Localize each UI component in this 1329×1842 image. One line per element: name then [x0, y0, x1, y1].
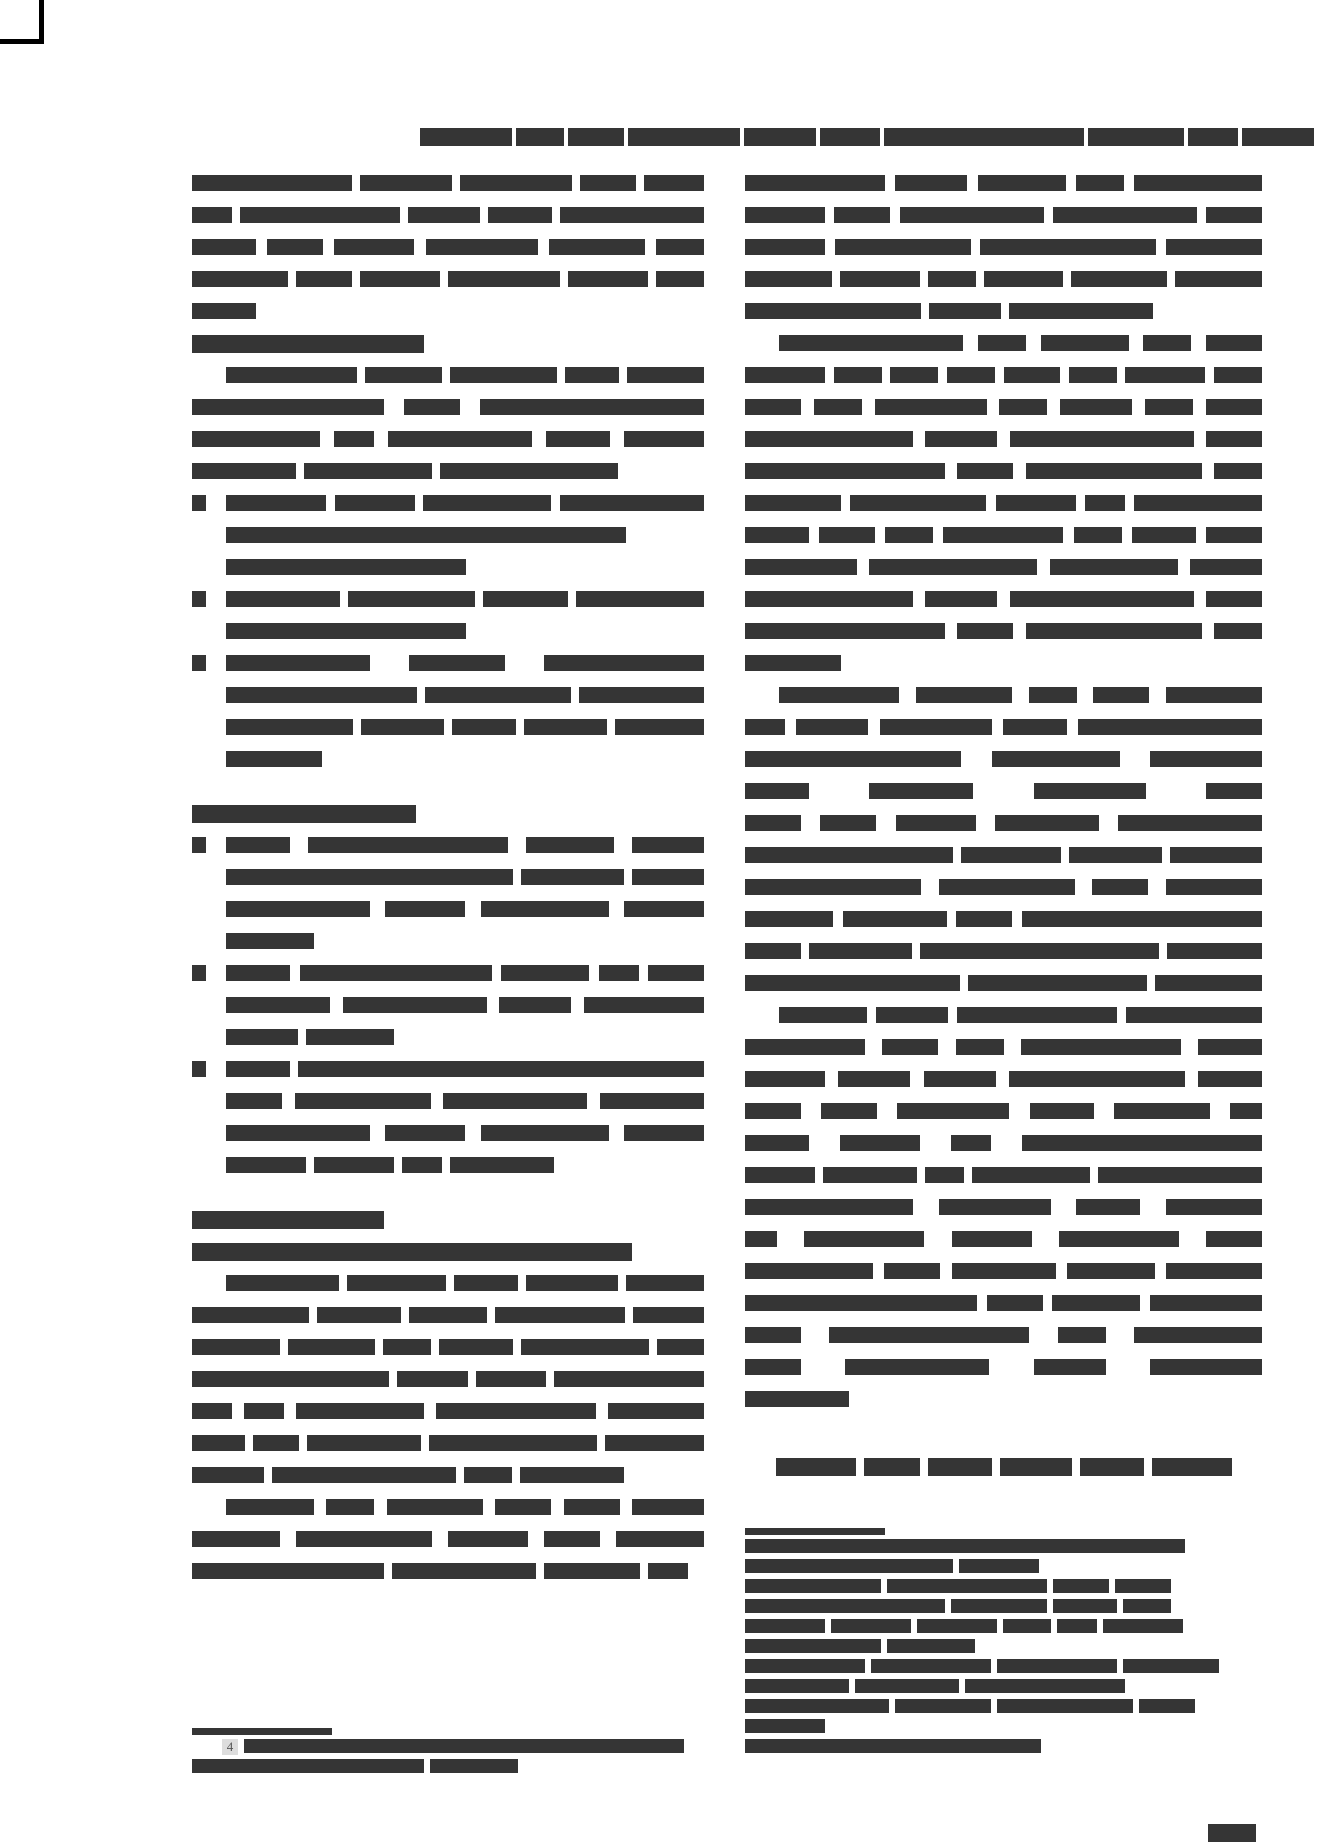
obscured-word: [272, 1467, 456, 1483]
obscured-word: [409, 1307, 487, 1323]
obscured-word: [978, 335, 1026, 351]
obscured-word: [244, 1403, 284, 1419]
paragraph-line: [745, 911, 1262, 927]
footnote-line: [745, 1599, 1262, 1613]
obscured-word: [929, 303, 1001, 319]
obscured-word: [632, 869, 704, 885]
obscured-word: [1150, 1295, 1262, 1311]
footnote-line: [745, 1579, 1262, 1593]
obscured-word: [564, 1499, 620, 1515]
obscured-word: [192, 303, 256, 319]
obscured-word: [226, 1157, 306, 1173]
obscured-word: [1125, 367, 1205, 383]
obscured-word: [526, 1275, 618, 1291]
obscured-word: [495, 1307, 625, 1323]
footnote-line: [745, 1719, 1262, 1733]
obscured-word: [656, 239, 704, 255]
obscured-word: [544, 655, 704, 671]
obscured-word: [1123, 1599, 1171, 1613]
obscured-word: [576, 591, 704, 607]
obscured-word: [745, 1039, 865, 1055]
obscured-word: [584, 997, 704, 1013]
obscured-word: [1114, 1103, 1210, 1119]
paragraph-line: [745, 1167, 1262, 1183]
obscured-word: [804, 1231, 924, 1247]
list-number: [192, 965, 206, 981]
obscured-word: [554, 1371, 704, 1387]
list-item-line: [192, 623, 704, 639]
obscured-word: [1198, 1039, 1262, 1055]
obscured-word: [599, 965, 639, 981]
obscured-word: [745, 911, 833, 927]
obscured-word: [192, 1563, 384, 1579]
obscured-word: [809, 943, 912, 959]
paragraph-line: [745, 783, 1262, 799]
footnote-line: [745, 1739, 1262, 1753]
obscured-word: [939, 1199, 1051, 1215]
paragraph-line: [745, 239, 1262, 255]
paragraph-line: [192, 207, 704, 223]
obscured-word: [1198, 1071, 1262, 1087]
obscured-word: [1093, 687, 1149, 703]
obscured-word: [226, 623, 466, 639]
right-column: [745, 175, 1262, 1445]
list-item-line: [192, 997, 704, 1013]
obscured-word: [192, 335, 424, 353]
obscured-word: [1152, 1458, 1232, 1476]
paragraph-line: [745, 879, 1262, 895]
obscured-word: [1022, 1135, 1262, 1151]
obscured-word: [1053, 207, 1197, 223]
obscured-word: [267, 239, 323, 255]
obscured-word: [298, 1061, 704, 1077]
obscured-word: [439, 1339, 513, 1355]
obscured-word: [745, 367, 825, 383]
obscured-word: [1010, 431, 1194, 447]
obscured-word: [925, 431, 997, 447]
obscured-word: [1206, 1231, 1262, 1247]
obscured-word: [957, 1007, 1117, 1023]
obscured-word: [192, 431, 320, 447]
obscured-word: [943, 527, 1063, 543]
obscured-word: [1058, 1327, 1106, 1343]
obscured-word: [745, 1263, 873, 1279]
right-footnotes: [745, 1528, 1262, 1759]
obscured-word: [326, 1499, 374, 1515]
obscured-word: [885, 527, 933, 543]
obscured-word: [925, 591, 997, 607]
footnote-line: [745, 1679, 1262, 1693]
obscured-word: [546, 431, 610, 447]
obscured-word: [840, 271, 920, 287]
paragraph-line: [745, 1391, 1262, 1407]
obscured-word: [1029, 687, 1077, 703]
obscured-word: [745, 1071, 825, 1087]
obscured-word: [657, 1339, 704, 1355]
obscured-word: [1166, 879, 1262, 895]
obscured-word: [745, 1103, 801, 1119]
obscured-word: [745, 751, 961, 767]
obscured-word: [745, 1719, 825, 1733]
list-number: [192, 837, 206, 853]
footnote-rule: [745, 1528, 885, 1535]
obscured-word: [1021, 1039, 1181, 1055]
obscured-word: [995, 815, 1099, 831]
obscured-word: [745, 527, 809, 543]
obscured-word: [192, 207, 232, 223]
obscured-word: [624, 901, 704, 917]
section-heading: [192, 805, 704, 821]
obscured-word: [1057, 1619, 1097, 1633]
obscured-word: [644, 175, 704, 191]
obscured-word: [347, 1275, 446, 1291]
obscured-word: [192, 1307, 309, 1323]
paragraph-line: [192, 1531, 704, 1547]
obscured-word: [656, 271, 704, 287]
obscured-word: [897, 1103, 1009, 1119]
obscured-word: [745, 303, 921, 319]
page-number: [1208, 1824, 1256, 1842]
obscured-word: [745, 943, 801, 959]
obscured-word: [821, 1103, 877, 1119]
obscured-word: [501, 965, 589, 981]
list-item-line: [192, 1061, 704, 1077]
obscured-word: [745, 1639, 881, 1653]
obscured-word: [745, 207, 825, 223]
obscured-word: [845, 1359, 989, 1375]
paragraph-line: [745, 527, 1262, 543]
obscured-word: [1214, 367, 1262, 383]
obscured-word: [192, 239, 256, 255]
obscured-word: [624, 431, 704, 447]
list-item-line: [192, 495, 704, 511]
obscured-word: [776, 1458, 856, 1476]
list-item-line: [192, 901, 704, 917]
obscured-word: [452, 719, 516, 735]
obscured-word: [1150, 751, 1262, 767]
obscured-word: [745, 847, 953, 863]
obscured-word: [951, 1599, 1047, 1613]
list-item-line: [192, 751, 704, 767]
obscured-word: [192, 1371, 389, 1387]
paragraph-line: [745, 1071, 1262, 1087]
obscured-word: [834, 207, 890, 223]
obscured-word: [568, 128, 624, 146]
paragraph-line: [192, 463, 704, 479]
obscured-word: [1155, 975, 1262, 991]
obscured-word: [192, 805, 416, 823]
obscured-word: [745, 1659, 865, 1673]
obscured-word: [745, 1135, 809, 1151]
obscured-word: [423, 495, 551, 511]
obscured-word: [521, 869, 625, 885]
obscured-word: [300, 965, 492, 981]
obscured-word: [1078, 719, 1262, 735]
obscured-word: [1004, 367, 1060, 383]
obscured-word: [1026, 463, 1202, 479]
obscured-word: [834, 367, 882, 383]
obscured-word: [544, 1531, 600, 1547]
obscured-word: [1206, 335, 1262, 351]
section-heading: [192, 1243, 704, 1259]
obscured-word: [928, 271, 976, 287]
obscured-word: [488, 207, 552, 223]
obscured-word: [745, 1295, 977, 1311]
obscured-word: [843, 911, 947, 927]
obscured-word: [226, 901, 370, 917]
obscured-word: [1050, 559, 1178, 575]
obscured-word: [871, 1659, 991, 1673]
obscured-word: [1060, 399, 1132, 415]
obscured-word: [1123, 1659, 1219, 1673]
obscured-word: [226, 997, 330, 1013]
obscured-word: [192, 1435, 245, 1451]
obscured-word: [443, 1093, 587, 1109]
obscured-word: [1076, 175, 1124, 191]
paragraph-line: [745, 1263, 1262, 1279]
obscured-word: [745, 1231, 777, 1247]
section-heading: [192, 1211, 704, 1227]
obscured-word: [626, 1275, 704, 1291]
paragraph-line: [745, 1007, 1262, 1023]
obscured-word: [880, 719, 992, 735]
obscured-word: [992, 751, 1120, 767]
obscured-word: [796, 719, 868, 735]
obscured-word: [952, 1231, 1032, 1247]
obscured-word: [226, 837, 290, 853]
obscured-word: [244, 1739, 684, 1753]
obscured-word: [951, 1135, 991, 1151]
obscured-word: [957, 463, 1013, 479]
obscured-word: [361, 719, 444, 735]
obscured-word: [226, 965, 290, 981]
obscured-word: [454, 1275, 518, 1291]
obscured-word: [745, 1739, 1041, 1753]
obscured-word: [745, 271, 832, 287]
footnote-line: [745, 1619, 1262, 1633]
list-item-line: [192, 591, 704, 607]
obscured-word: [965, 1679, 1125, 1693]
obscured-word: [624, 1125, 704, 1141]
obscured-word: [744, 128, 816, 146]
obscured-word: [409, 655, 505, 671]
list-number: [192, 1061, 206, 1077]
obscured-word: [1098, 1167, 1262, 1183]
paragraph-line: [192, 303, 704, 319]
obscured-word: [1053, 1579, 1109, 1593]
obscured-word: [226, 495, 326, 511]
obscured-word: [745, 1579, 881, 1593]
obscured-word: [430, 1759, 518, 1773]
obscured-word: [855, 1679, 959, 1693]
paragraph-line: [745, 399, 1262, 415]
obscured-word: [615, 719, 704, 735]
obscured-word: [308, 837, 508, 853]
paragraph-line: [745, 815, 1262, 831]
obscured-word: [1009, 303, 1153, 319]
footnote-rule: [192, 1728, 332, 1735]
obscured-word: [1026, 623, 1202, 639]
footnote-line: [745, 1639, 1262, 1653]
obscured-word: [600, 1093, 704, 1109]
obscured-word: [1134, 495, 1262, 511]
paragraph-line: [192, 271, 704, 287]
obscured-word: [895, 1699, 991, 1713]
obscured-word: [383, 1339, 430, 1355]
obscured-word: [240, 207, 400, 223]
paragraph-line: [745, 1039, 1262, 1055]
obscured-word: [448, 271, 560, 287]
obscured-word: [365, 367, 442, 383]
obscured-word: [1132, 527, 1196, 543]
paragraph-line: [745, 207, 1262, 223]
obscured-word: [226, 1275, 339, 1291]
obscured-word: [1206, 399, 1262, 415]
obscured-word: [1206, 591, 1262, 607]
obscured-word: [745, 1559, 953, 1573]
obscured-word: [632, 837, 704, 853]
obscured-word: [1166, 1199, 1262, 1215]
obscured-word: [404, 399, 460, 415]
paragraph-line: [192, 239, 704, 255]
list-item-line: [192, 965, 704, 981]
obscured-word: [549, 239, 645, 255]
obscured-word: [192, 1403, 232, 1419]
footnote-line: [192, 1759, 704, 1773]
footnote-line: [745, 1539, 1262, 1553]
paragraph-line: [192, 1403, 704, 1419]
obscured-word: [997, 1699, 1133, 1713]
obscured-word: [521, 1339, 649, 1355]
signature-line: [776, 1458, 1232, 1476]
obscured-word: [779, 687, 899, 703]
obscured-word: [887, 1639, 975, 1653]
left-footnotes: 4: [192, 1728, 704, 1779]
obscured-word: [1053, 1599, 1117, 1613]
obscured-word: [460, 175, 572, 191]
obscured-word: [978, 175, 1066, 191]
obscured-word: [869, 559, 1037, 575]
obscured-word: [348, 591, 476, 607]
obscured-word: [1103, 1619, 1183, 1633]
obscured-word: [779, 335, 963, 351]
crop-mark: [0, 0, 44, 44]
paragraph-line: [745, 1135, 1262, 1151]
obscured-word: [192, 175, 352, 191]
obscured-word: [1034, 783, 1146, 799]
obscured-word: [1003, 719, 1067, 735]
obscured-word: [887, 1579, 1047, 1593]
list-item-line: [192, 687, 704, 703]
obscured-word: [306, 1029, 394, 1045]
paragraph-line: [192, 175, 704, 191]
obscured-word: [996, 495, 1076, 511]
obscured-word: [745, 559, 857, 575]
obscured-word: [192, 463, 296, 479]
footnote-line: [745, 1659, 1262, 1673]
obscured-word: [464, 1467, 512, 1483]
obscured-word: [425, 687, 572, 703]
obscured-word: [820, 815, 876, 831]
obscured-word: [192, 1531, 280, 1547]
paragraph-line: [745, 463, 1262, 479]
obscured-word: [226, 1499, 314, 1515]
obscured-word: [869, 783, 973, 799]
obscured-word: [633, 1307, 704, 1323]
obscured-word: [426, 239, 538, 255]
obscured-word: [450, 367, 558, 383]
obscured-word: [745, 1599, 945, 1613]
obscured-word: [385, 901, 465, 917]
obscured-word: [745, 1699, 889, 1713]
obscured-word: [1030, 1103, 1094, 1119]
paragraph-line: [745, 623, 1262, 639]
paragraph-line: [745, 751, 1262, 767]
obscured-word: [495, 1499, 551, 1515]
obscured-word: [1166, 687, 1262, 703]
obscured-word: [1150, 1359, 1262, 1375]
obscured-word: [450, 1157, 554, 1173]
obscured-word: [1166, 239, 1262, 255]
obscured-word: [616, 1531, 704, 1547]
obscured-word: [1009, 1071, 1185, 1087]
obscured-word: [579, 687, 704, 703]
paragraph-line: [192, 1563, 704, 1579]
list-item-line: [192, 869, 704, 885]
obscured-word: [924, 1071, 996, 1087]
obscured-word: [1069, 847, 1161, 863]
obscured-word: [296, 1531, 432, 1547]
obscured-word: [516, 128, 564, 146]
obscured-word: [1071, 271, 1166, 287]
section-heading: [192, 335, 704, 351]
obscured-word: [226, 1093, 282, 1109]
obscured-word: [648, 965, 704, 981]
obscured-word: [745, 1539, 1185, 1553]
obscured-word: [226, 933, 314, 949]
obscured-word: [1088, 128, 1184, 146]
obscured-word: [745, 463, 945, 479]
obscured-word: [481, 1125, 609, 1141]
obscured-word: [956, 1039, 1004, 1055]
obscured-word: [192, 1339, 280, 1355]
obscured-word: [253, 1435, 299, 1451]
obscured-word: [1143, 335, 1191, 351]
obscured-word: [387, 1499, 483, 1515]
obscured-word: [1080, 1458, 1144, 1476]
obscured-word: [429, 1435, 597, 1451]
obscured-word: [408, 207, 480, 223]
obscured-word: [957, 623, 1013, 639]
obscured-word: [916, 687, 1012, 703]
obscured-word: [1242, 128, 1314, 146]
obscured-word: [317, 1307, 401, 1323]
obscured-word: [397, 1371, 468, 1387]
obscured-word: [565, 367, 619, 383]
obscured-word: [226, 1125, 370, 1141]
obscured-word: [952, 1263, 1056, 1279]
obscured-word: [997, 1659, 1117, 1673]
obscured-word: [896, 815, 976, 831]
obscured-word: [1166, 1263, 1262, 1279]
obscured-word: [304, 463, 432, 479]
obscured-word: [1134, 175, 1262, 191]
obscured-word: [999, 399, 1047, 415]
obscured-word: [544, 1563, 640, 1579]
obscured-word: [745, 1359, 801, 1375]
obscured-word: [745, 399, 801, 415]
obscured-word: [568, 271, 648, 287]
